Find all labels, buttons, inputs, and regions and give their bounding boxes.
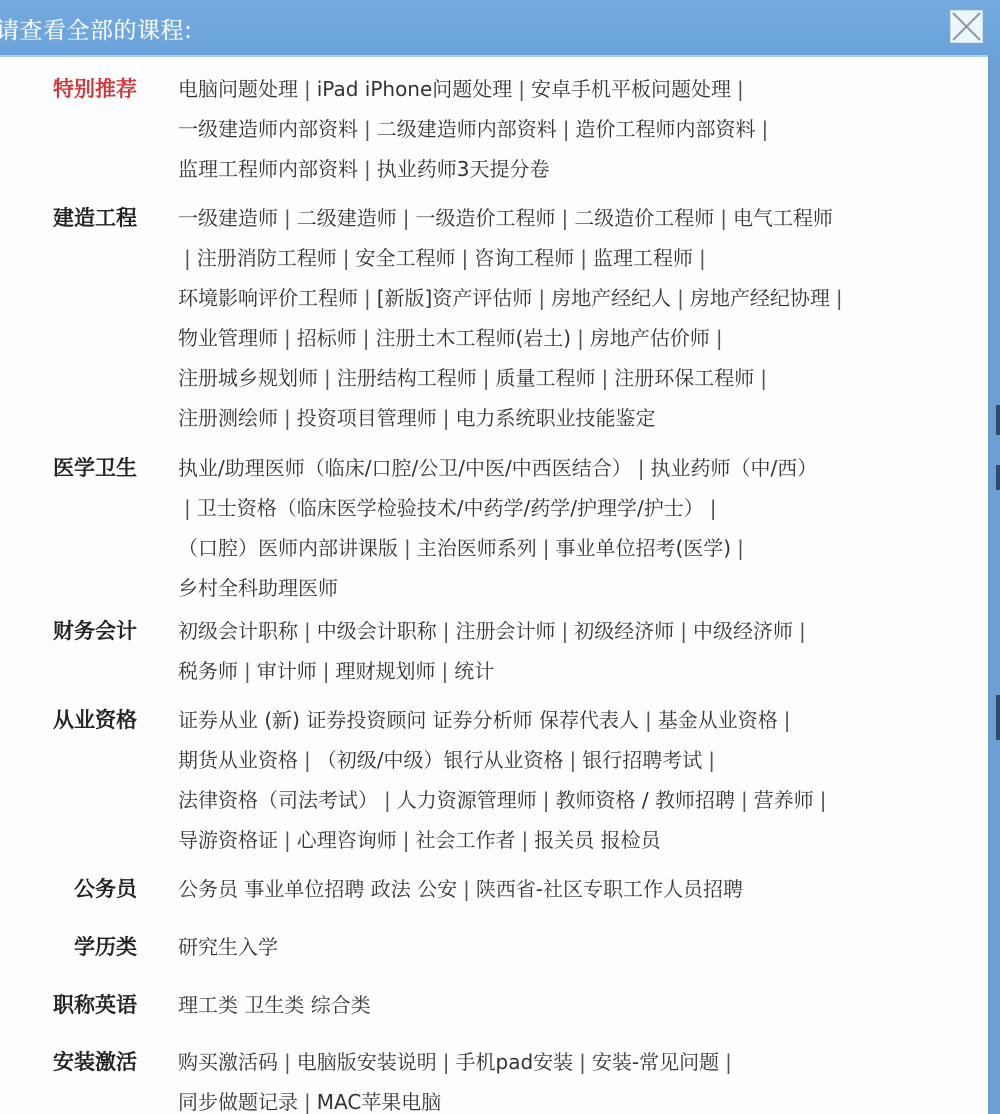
dialog-header: 请查看全部的课程:	[0, 0, 1000, 57]
course-link[interactable]: 手机pad安装	[456, 1050, 574, 1074]
course-link[interactable]: 招标师	[297, 326, 357, 350]
separator: |	[378, 788, 397, 812]
course-line: 证券从业 (新) 证券投资顾问 证券分析师 保荐代表人|基金从业资格|	[178, 700, 797, 740]
separator: |	[719, 1050, 738, 1074]
separator: |	[778, 708, 797, 732]
separator: |	[358, 157, 377, 181]
course-link[interactable]: 乡村全科助理医师	[178, 576, 338, 600]
separator: |	[278, 406, 297, 430]
course-link[interactable]: 购买激活码	[178, 1050, 278, 1074]
separator: |	[714, 206, 733, 230]
course-line: （口腔）医师内部讲课版|主治医师系列|事业单位招考(医学)|	[178, 528, 750, 568]
course-line: 监理工程师内部资料|执业药师3天提分卷	[178, 149, 549, 189]
course-line: |卫士资格（临床医学检验技术/中药学/药学/护理学/护士）|	[178, 488, 722, 528]
dialog-title: 请查看全部的课程:	[0, 12, 192, 45]
course-link[interactable]: 基金从业资格	[658, 708, 778, 732]
course-line: 一级建造师|二级建造师|一级造价工程师|二级造价工程师|电气工程师	[178, 198, 833, 238]
course-link[interactable]: 中级经济师	[693, 619, 793, 643]
course-link[interactable]: 安卓手机平板问题处理	[531, 77, 731, 101]
course-link[interactable]: 房地产估价师	[590, 326, 710, 350]
separator: |	[278, 206, 297, 230]
separator: |	[731, 536, 750, 560]
separator: |	[357, 326, 376, 350]
course-link[interactable]: 初级会计职称	[178, 619, 298, 643]
course-line: 注册测绘师|投资项目管理师|电力系统职业技能鉴定	[178, 398, 656, 438]
separator: |	[398, 536, 417, 560]
course-link[interactable]: 报关员 报检员	[534, 828, 660, 852]
course-link[interactable]: 公务员 事业单位招聘 政法 公安	[178, 877, 457, 901]
course-line: 税务师|审计师|理财规划师|统计	[178, 651, 494, 691]
course-link[interactable]: 心理咨询师	[297, 828, 397, 852]
course-link[interactable]: 同步做题记录	[178, 1090, 298, 1114]
course-link[interactable]: 房地产经纪协理	[690, 286, 830, 310]
separator: |	[437, 619, 456, 643]
course-link[interactable]: 安全工程师	[356, 246, 456, 270]
course-link[interactable]: 执业/助理医师（临床/口腔/公卫/中医/中西医结合）	[178, 456, 632, 480]
course-line: 环境影响评价工程师|[新版]资产评估师|房地产经纪人|房地产经纪协理|	[178, 278, 849, 318]
separator: |	[754, 366, 773, 390]
course-link[interactable]: 环境影响评价工程师	[178, 286, 358, 310]
separator: |	[710, 326, 729, 350]
course-link[interactable]: 二级建造师	[297, 206, 397, 230]
course-line: 物业管理师|招标师|注册土木工程师(岩土)|房地产估价师|	[178, 318, 729, 358]
course-link[interactable]: 造价工程师内部资料	[576, 117, 756, 141]
category-label: 建造工程	[0, 198, 137, 238]
window-border	[988, 55, 1000, 1114]
course-list: 特别推荐电脑问题处理|iPad iPhone问题处理|安卓手机平板问题处理|一级…	[0, 57, 988, 1114]
category-label: 学历类	[0, 927, 137, 967]
course-link[interactable]: 一级建造师	[178, 206, 278, 230]
course-link[interactable]: [新版]资产评估师	[377, 286, 533, 310]
separator: |	[814, 788, 833, 812]
category-label: 财务会计	[0, 611, 137, 651]
course-link[interactable]: 教师资格 / 教师招聘	[556, 788, 735, 812]
category-label: 安装激活	[0, 1042, 137, 1082]
course-link[interactable]: 税务师	[178, 659, 238, 683]
close-icon	[951, 11, 982, 42]
course-line: 购买激活码|电脑版安装说明|手机pad安装|安装-常见问题|	[178, 1042, 738, 1082]
course-line: 导游资格证|心理咨询师|社会工作者|报关员 报检员	[178, 820, 661, 860]
course-link[interactable]: 主治医师系列	[417, 536, 537, 560]
separator: |	[278, 326, 297, 350]
course-link[interactable]: 银行招聘考试	[582, 748, 702, 772]
separator: |	[358, 286, 377, 310]
separator: |	[298, 77, 317, 101]
course-link[interactable]: 一级建造师内部资料	[178, 117, 358, 141]
course-link[interactable]: 房地产经纪人	[551, 286, 671, 310]
course-link[interactable]: 电力系统职业技能鉴定	[456, 406, 656, 430]
course-link[interactable]: 营养师	[754, 788, 814, 812]
separator: |	[397, 828, 416, 852]
separator: |	[456, 246, 475, 270]
course-link[interactable]: 中级会计职称	[317, 619, 437, 643]
separator: |	[298, 619, 317, 643]
course-link[interactable]: （初级/中级）银行从业资格	[317, 748, 564, 772]
course-line: 执业/助理医师（临床/口腔/公卫/中医/中西医结合）|执业药师（中/西）	[178, 448, 817, 488]
course-line: 法律资格（司法考试）|人力资源管理师|教师资格 / 教师招聘|营养师|	[178, 780, 832, 820]
category-label: 职称英语	[0, 985, 137, 1025]
course-link[interactable]: 研究生入学	[178, 935, 278, 959]
course-link[interactable]: 注册消防工程师	[197, 246, 337, 270]
separator: |	[437, 406, 456, 430]
separator: |	[457, 877, 476, 901]
course-link[interactable]: 监理工程师	[593, 246, 693, 270]
course-link[interactable]: 二级造价工程师	[574, 206, 714, 230]
separator: |	[702, 748, 721, 772]
separator: |	[693, 246, 712, 270]
course-link[interactable]: 证券从业 (新) 证券投资顾问 证券分析师 保荐代表人	[178, 708, 639, 732]
course-link[interactable]: 监理工程师内部资料	[178, 157, 358, 181]
course-link[interactable]: 卫士资格（临床医学检验技术/中药学/药学/护理学/护士）	[197, 496, 704, 520]
separator: |	[596, 366, 615, 390]
separator: |	[756, 117, 775, 141]
category-label: 公务员	[0, 869, 137, 909]
separator: |	[830, 286, 849, 310]
separator: |	[298, 1090, 317, 1114]
course-link[interactable]: 注册城乡规划师	[178, 366, 318, 390]
course-link[interactable]: 事业单位招考(医学)	[556, 536, 732, 560]
separator: |	[557, 117, 576, 141]
separator: |	[317, 659, 336, 683]
course-line: 初级会计职称|中级会计职称|注册会计师|初级经济师|中级经济师|	[178, 611, 812, 651]
course-link[interactable]: 理工类 卫生类 综合类	[178, 993, 371, 1017]
separator: |	[337, 246, 356, 270]
course-link[interactable]: 初级经济师	[574, 619, 674, 643]
course-link[interactable]: 审计师	[257, 659, 317, 683]
course-link[interactable]: 执业药师3天提分卷	[377, 157, 550, 181]
course-link[interactable]: 注册会计师	[456, 619, 556, 643]
category-label: 从业资格	[0, 700, 137, 740]
course-link[interactable]: 质量工程师	[496, 366, 596, 390]
course-link[interactable]: 导游资格证	[178, 828, 278, 852]
course-line: 注册城乡规划师|注册结构工程师|质量工程师|注册环保工程师|	[178, 358, 773, 398]
course-link[interactable]: 咨询工程师	[474, 246, 574, 270]
separator: |	[674, 619, 693, 643]
separator: |	[238, 659, 257, 683]
course-line: 一级建造师内部资料|二级建造师内部资料|造价工程师内部资料|	[178, 109, 774, 149]
course-link[interactable]: 社会工作者	[416, 828, 516, 852]
category-label: 特别推荐	[0, 69, 137, 109]
course-link[interactable]: 法律资格（司法考试）	[178, 788, 378, 812]
separator: |	[397, 206, 416, 230]
separator: |	[793, 619, 812, 643]
course-link[interactable]: iPad iPhone问题处理	[317, 77, 513, 101]
separator: |	[556, 619, 575, 643]
separator: |	[278, 828, 297, 852]
course-line: 期货从业资格|（初级/中级）银行从业资格|银行招聘考试|	[178, 740, 721, 780]
course-link[interactable]: 电脑问题处理	[178, 77, 298, 101]
separator: |	[358, 117, 377, 141]
separator: |	[178, 246, 197, 270]
course-link[interactable]: 电脑版安装说明	[297, 1050, 437, 1074]
course-link[interactable]: 一级造价工程师	[416, 206, 556, 230]
category-label: 医学卫生	[0, 448, 137, 488]
separator: |	[537, 536, 556, 560]
course-link[interactable]: 电气工程师	[733, 206, 833, 230]
separator: |	[436, 659, 455, 683]
course-link[interactable]: 注册环保工程师	[614, 366, 754, 390]
separator: |	[516, 828, 535, 852]
course-link[interactable]: 注册结构工程师	[337, 366, 477, 390]
course-link[interactable]: 统计	[454, 659, 494, 683]
course-link[interactable]: 注册测绘师	[178, 406, 278, 430]
course-line: 研究生入学	[178, 927, 278, 967]
separator: |	[278, 1050, 297, 1074]
course-link[interactable]: 二级建造师内部资料	[377, 117, 557, 141]
course-line: 理工类 卫生类 综合类	[178, 985, 371, 1025]
course-link[interactable]: 期货从业资格	[178, 748, 298, 772]
separator: |	[704, 496, 723, 520]
course-line: 乡村全科助理医师	[178, 568, 338, 608]
course-link[interactable]: 注册土木工程师(岩土)	[376, 326, 572, 350]
separator: |	[671, 286, 690, 310]
separator: |	[571, 326, 590, 350]
separator: |	[512, 77, 531, 101]
course-line: 电脑问题处理|iPad iPhone问题处理|安卓手机平板问题处理|	[178, 69, 750, 109]
separator: |	[573, 1050, 592, 1074]
separator: |	[318, 366, 337, 390]
separator: |	[735, 788, 754, 812]
separator: |	[639, 708, 658, 732]
course-link[interactable]: 投资项目管理师	[297, 406, 437, 430]
course-line: 同步做题记录|MAC苹果电脑	[178, 1082, 441, 1114]
separator: |	[564, 748, 583, 772]
separator: |	[532, 286, 551, 310]
course-line: 公务员 事业单位招聘 政法 公安|陕西省-社区专职工作人员招聘	[178, 869, 743, 909]
course-line: |注册消防工程师|安全工程师|咨询工程师|监理工程师|	[178, 238, 712, 278]
separator: |	[298, 748, 317, 772]
separator: |	[437, 1050, 456, 1074]
separator: |	[731, 77, 750, 101]
separator: |	[556, 206, 575, 230]
course-link[interactable]: 安装-常见问题	[592, 1050, 719, 1074]
course-link[interactable]: 物业管理师	[178, 326, 278, 350]
course-link[interactable]: MAC苹果电脑	[317, 1090, 442, 1114]
course-link[interactable]: 陕西省-社区专职工作人员招聘	[476, 877, 743, 901]
course-link[interactable]: 执业药师（中/西）	[650, 456, 817, 480]
separator: |	[537, 788, 556, 812]
separator: |	[178, 496, 197, 520]
separator: |	[477, 366, 496, 390]
separator: |	[632, 456, 651, 480]
course-link[interactable]: 人力资源管理师	[397, 788, 537, 812]
separator: |	[574, 246, 593, 270]
close-button[interactable]	[950, 10, 983, 43]
course-link[interactable]: 理财规划师	[336, 659, 436, 683]
course-link[interactable]: （口腔）医师内部讲课版	[178, 536, 398, 560]
course-dialog: 请查看全部的课程: 特别推荐电脑问题处理|iPad iPhone问题处理|安卓手…	[0, 0, 1000, 1114]
